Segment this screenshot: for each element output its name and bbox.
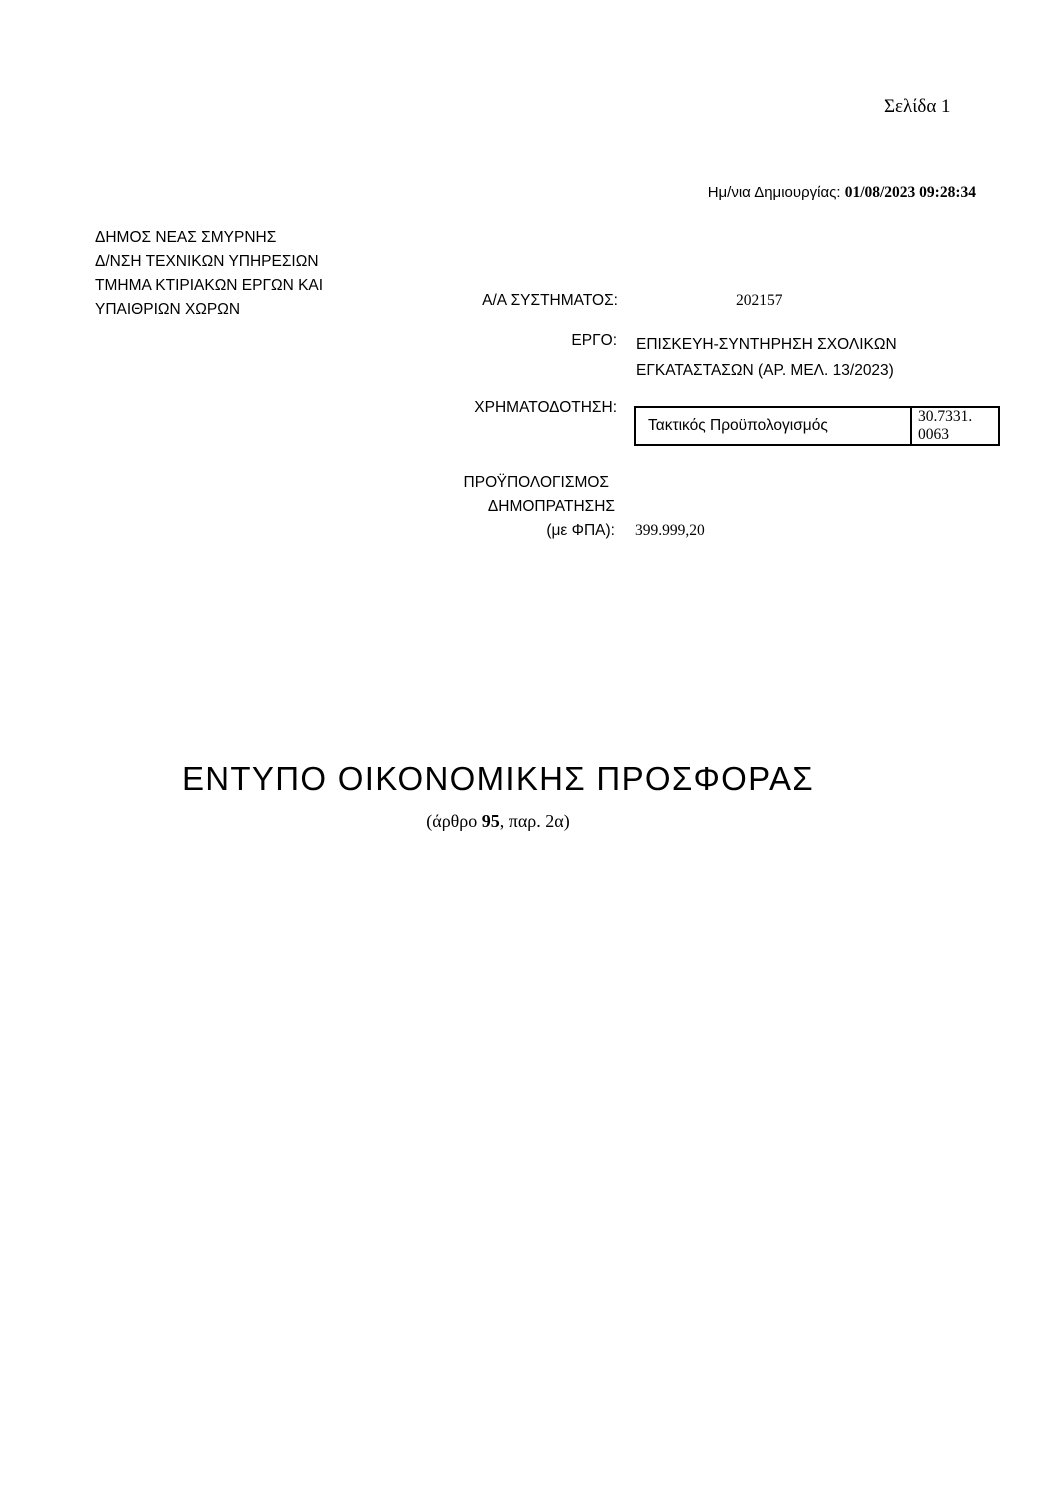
organization-line: ΤΜΗΜΑ ΚΤΙΡΙΑΚΩΝ ΕΡΓΩΝ ΚΑΙ — [95, 274, 323, 298]
document-title: ΕΝΤΥΠΟ ΟΙΚΟΝΟΜΙΚΗΣ ΠΡΟΣΦΟΡΑΣ — [0, 760, 996, 798]
page-number: Σελίδα 1 — [884, 96, 951, 118]
project-value: ΕΠΙΣΚΕΥΗ-ΣΥΝΤΗΡΗΣΗ ΣΧΟΛΙΚΩΝ ΕΓΚΑΤΑΣΤΑΣΩΝ… — [636, 332, 897, 384]
system-id-label: Α/Α ΣΥΣΤΗΜΑΤΟΣ: — [482, 292, 618, 310]
funding-source-cell: Τακτικός Προϋπολογισμός — [635, 407, 911, 445]
budget-value: 399.999,20 — [635, 522, 705, 540]
project-value-line: ΕΠΙΣΚΕΥΗ-ΣΥΝΤΗΡΗΣΗ ΣΧΟΛΙΚΩΝ — [636, 332, 897, 358]
creation-date: Ημ/νια Δημιουργίας: 01/08/2023 09:28:34 — [708, 184, 976, 202]
funding-code-line: 30.7331. — [918, 408, 998, 426]
funding-label: ΧΡΗΜΑΤΟΔΟΤΗΣΗ: — [474, 399, 617, 417]
document-subtitle: (άρθρο 95, παρ. 2α) — [0, 811, 996, 832]
organization-line: ΥΠΑΙΘΡΙΩΝ ΧΩΡΩΝ — [95, 298, 323, 322]
budget-label: ΠΡΟΫΠΟΛΟΓΙΣΜΟΣ ΔΗΜΟΠΡΑΤΗΣΗΣ (με ΦΠΑ): — [464, 471, 615, 543]
funding-table: Τακτικός Προϋπολογισμός 30.7331. 0063 — [634, 406, 1000, 446]
creation-date-label: Ημ/νια Δημιουργίας: — [708, 184, 841, 201]
funding-code-line: 0063 — [918, 426, 998, 444]
funding-code-cell: 30.7331. 0063 — [911, 407, 999, 445]
budget-label-line: (με ΦΠΑ): — [464, 519, 615, 543]
creation-date-value: 01/08/2023 09:28:34 — [845, 184, 976, 201]
organization-line: Δ/ΝΣΗ ΤΕΧΝΙΚΩΝ ΥΠΗΡΕΣΙΩΝ — [95, 250, 323, 274]
subtitle-prefix: (άρθρο — [426, 811, 482, 831]
organization-line: ΔΗΜΟΣ ΝΕΑΣ ΣΜΥΡΝΗΣ — [95, 226, 323, 250]
subtitle-article: 95 — [482, 811, 500, 831]
budget-label-line: ΠΡΟΫΠΟΛΟΓΙΣΜΟΣ — [464, 471, 609, 495]
table-row: Τακτικός Προϋπολογισμός 30.7331. 0063 — [635, 407, 999, 445]
project-value-line: ΕΓΚΑΤΑΣΤΑΣΩΝ (ΑΡ. ΜΕΛ. 13/2023) — [636, 358, 897, 384]
budget-label-line: ΔΗΜΟΠΡΑΤΗΣΗΣ — [464, 495, 615, 519]
subtitle-suffix: , παρ. 2α) — [500, 811, 570, 831]
project-label: ΕΡΓΟ: — [571, 332, 617, 350]
organization-block: ΔΗΜΟΣ ΝΕΑΣ ΣΜΥΡΝΗΣ Δ/ΝΣΗ ΤΕΧΝΙΚΩΝ ΥΠΗΡΕΣ… — [95, 226, 323, 322]
system-id-value: 202157 — [736, 292, 783, 310]
